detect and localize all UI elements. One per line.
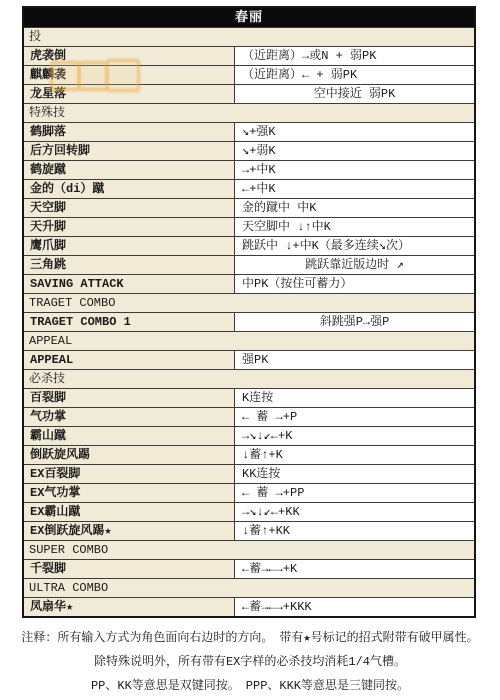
move-name-cell: 鹤旋蹴	[24, 161, 235, 179]
move-input-cell: K连按	[235, 389, 474, 407]
move-input-cell: KK连按	[235, 465, 474, 483]
move-input-cell: →↘↓↙←+KK	[235, 503, 474, 521]
move-input-cell: 空中接近 弱PK	[235, 85, 474, 103]
footnote-line: PP、KK等意思是双键同按。 PPP、KKK等意思是三键同按。	[0, 674, 500, 698]
footnote-line: 除特殊说明外，所有带有EX字样的必杀技均消耗1/4气槽。	[0, 650, 500, 674]
move-row: 鹰爪脚跳跃中 ↓+中K（最多连续↘次）	[24, 236, 474, 255]
section-header-row: TRAGET COMBO	[24, 293, 474, 312]
move-input-cell: （近距离）← + 弱PK	[235, 66, 474, 84]
move-row: 霸山蹴→↘↓↙←+K	[24, 426, 474, 445]
move-input-cell: ↘+强K	[235, 123, 474, 141]
move-name-cell: EX百裂脚	[24, 465, 235, 483]
move-input-cell: 跳跃靠近版边时 ↗	[235, 256, 474, 274]
move-name-cell: EX气功掌	[24, 484, 235, 502]
move-row: 倒跃旋风踢↓蓄↑+K	[24, 445, 474, 464]
move-row: 百裂脚K连按	[24, 388, 474, 407]
move-name-cell: 后方回转脚	[24, 142, 235, 160]
move-row: 天空脚金的蹴中 中K	[24, 198, 474, 217]
move-row: EX霸山蹴→↘↓↙←+KK	[24, 502, 474, 521]
footnote-line: 注释：所有输入方式为角色面向右边时的方向。 带有★号标记的招式附带有破甲属性。	[0, 626, 500, 650]
move-name-cell: 倒跃旋风踢	[24, 446, 235, 464]
move-row: SAVING ATTACK中PK（按住可蓄力）	[24, 274, 474, 293]
move-name-cell: SAVING ATTACK	[24, 275, 235, 293]
move-row: 后方回转脚↘+弱K	[24, 141, 474, 160]
move-name-cell: 天空脚	[24, 199, 235, 217]
move-row: 鹤脚落↘+强K	[24, 122, 474, 141]
move-list-table: 春丽 投虎袭倒（近距离）→或N + 弱PK麒麟袭（近距离）← + 弱PK龙星落空…	[22, 6, 476, 618]
move-name-cell: 千裂脚	[24, 560, 235, 578]
move-row: EX气功掌← 蓄 →+PP	[24, 483, 474, 502]
move-name-cell: 鹤脚落	[24, 123, 235, 141]
move-table-body: 投虎袭倒（近距离）→或N + 弱PK麒麟袭（近距离）← + 弱PK龙星落空中接近…	[24, 27, 474, 616]
move-name-cell: 鹰爪脚	[24, 237, 235, 255]
move-name-cell: 霸山蹴	[24, 427, 235, 445]
move-input-cell: ←蓄→←→+K	[235, 560, 474, 578]
move-row: TRAGET COMBO 1斜跳强P→强P	[24, 312, 474, 331]
move-input-cell: 金的蹴中 中K	[235, 199, 474, 217]
move-row: 三角跳跳跃靠近版边时 ↗	[24, 255, 474, 274]
move-input-cell: 强PK	[235, 351, 474, 369]
move-input-cell: ←蓄→←→+KKK	[235, 598, 474, 616]
move-input-cell: 斜跳强P→强P	[235, 313, 474, 331]
move-input-cell: 跳跃中 ↓+中K（最多连续↘次）	[235, 237, 474, 255]
section-header-row: 必杀技	[24, 369, 474, 388]
character-title: 春丽	[24, 8, 474, 27]
section-header-row: 投	[24, 27, 474, 46]
move-name-cell: 龙星落	[24, 85, 235, 103]
move-input-cell: →↘↓↙←+K	[235, 427, 474, 445]
move-input-cell: 天空脚中 ↓↑中K	[235, 218, 474, 236]
move-input-cell: ↘+弱K	[235, 142, 474, 160]
move-row: 凤扇华★←蓄→←→+KKK	[24, 597, 474, 616]
move-row: 虎袭倒（近距离）→或N + 弱PK	[24, 46, 474, 65]
move-row: 千裂脚←蓄→←→+K	[24, 559, 474, 578]
move-row: 金的（di）蹴←+中K	[24, 179, 474, 198]
move-name-cell: 三角跳	[24, 256, 235, 274]
move-row: 龙星落空中接近 弱PK	[24, 84, 474, 103]
section-header-row: ULTRA COMBO	[24, 578, 474, 597]
move-input-cell: →+中K	[235, 161, 474, 179]
move-name-cell: EX霸山蹴	[24, 503, 235, 521]
move-input-cell: ↓蓄↑+K	[235, 446, 474, 464]
section-header-row: 特殊技	[24, 103, 474, 122]
move-name-cell: APPEAL	[24, 351, 235, 369]
move-input-cell: ↓蓄↑+KK	[235, 522, 474, 540]
move-name-cell: 金的（di）蹴	[24, 180, 235, 198]
move-input-cell: 中PK（按住可蓄力）	[235, 275, 474, 293]
move-row: 天升脚天空脚中 ↓↑中K	[24, 217, 474, 236]
move-input-cell: ← 蓄 →+PP	[235, 484, 474, 502]
move-name-cell: 百裂脚	[24, 389, 235, 407]
footnotes: 注释：所有输入方式为角色面向右边时的方向。 带有★号标记的招式附带有破甲属性。 …	[0, 626, 500, 698]
move-name-cell: TRAGET COMBO 1	[24, 313, 235, 331]
move-name-cell: EX倒跃旋风踢★	[24, 522, 235, 540]
move-row: 气功掌← 蓄 →+P	[24, 407, 474, 426]
move-name-cell: 天升脚	[24, 218, 235, 236]
move-name-cell: 气功掌	[24, 408, 235, 426]
move-row: EX百裂脚KK连按	[24, 464, 474, 483]
move-row: EX倒跃旋风踢★↓蓄↑+KK	[24, 521, 474, 540]
section-header-row: SUPER COMBO	[24, 540, 474, 559]
move-input-cell: ←+中K	[235, 180, 474, 198]
move-row: 鹤旋蹴→+中K	[24, 160, 474, 179]
move-input-cell: （近距离）→或N + 弱PK	[235, 47, 474, 65]
move-row: 麒麟袭（近距离）← + 弱PK	[24, 65, 474, 84]
section-header-row: APPEAL	[24, 331, 474, 350]
move-row: APPEAL强PK	[24, 350, 474, 369]
move-input-cell: ← 蓄 →+P	[235, 408, 474, 426]
move-name-cell: 麒麟袭	[24, 66, 235, 84]
move-name-cell: 凤扇华★	[24, 598, 235, 616]
move-name-cell: 虎袭倒	[24, 47, 235, 65]
